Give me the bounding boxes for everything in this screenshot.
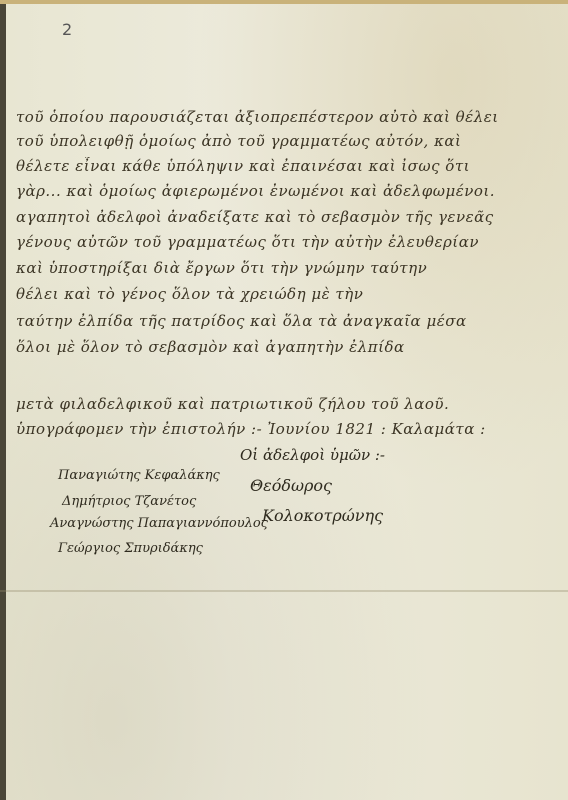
- body-line: μετὰ φιλαδελφικοῦ καὶ πατριωτικοῦ ζήλου …: [16, 395, 561, 413]
- body-line: αγαπητοὶ ἀδελφοὶ ἀναδείξατε καὶ τὸ σεβασ…: [16, 208, 561, 226]
- page-edge: [0, 0, 6, 800]
- closing-text: Οἱ ἀδελφοὶ ὑμῶν :-: [240, 446, 385, 464]
- page-fold: [0, 590, 568, 592]
- signature: Αναγνώστης Παπαγιαννόπουλος: [50, 516, 268, 531]
- body-line: τοῦ ὑπολειφθῇ ὁμοίως ἀπὸ τοῦ γραμματέως …: [16, 132, 561, 150]
- signature: Παναγιώτης Κεφαλάκης: [58, 468, 220, 483]
- body-line: ταύτην ἐλπίδα τῆς πατρίδος καὶ ὅλα τὰ ἀν…: [16, 312, 561, 330]
- body-line: γένους αὐτῶν τοῦ γραμματέως ὅτι τὴν αὐτὴ…: [16, 233, 561, 251]
- signature: Γεώργιος Σπυριδάκης: [58, 541, 203, 556]
- page-top-edge: [0, 0, 568, 4]
- date-line: ὑπογράφομεν τὴν ἐπιστολήν :- Ἰουνίου 182…: [16, 420, 561, 438]
- body-line: γὰρ... καὶ ὁμοίως ἀφιερωμένοι ἐνωμένοι κ…: [16, 182, 561, 200]
- signature: Θεόδωρος: [250, 476, 332, 495]
- body-line: θέλετε εἶναι κάθε ὑπόληψιν καὶ ἐπαινέσαι…: [16, 157, 561, 175]
- page-number: 2: [62, 20, 72, 39]
- body-line: θέλει καὶ τὸ γένος ὅλον τὰ χρειώδη μὲ τὴ…: [16, 285, 561, 303]
- body-line: τοῦ ὁποίου παρουσιάζεται ἀξιοπρεπέστερον…: [16, 108, 561, 126]
- body-line: ὅλοι μὲ ὅλον τὸ σεβασμὸν καὶ ἀγαπητὴν ἐλ…: [16, 338, 561, 356]
- signature: Δημήτριος Τζανέτος: [62, 494, 196, 509]
- signature: Κολοκοτρώνης: [262, 506, 383, 525]
- manuscript-page: 2 τοῦ ὁποίου παρουσιάζεται ἀξιοπρεπέστερ…: [0, 0, 568, 800]
- body-line: καὶ ὑποστηρίξαι διὰ ἔργων ὅτι τὴν γνώμην…: [16, 259, 561, 277]
